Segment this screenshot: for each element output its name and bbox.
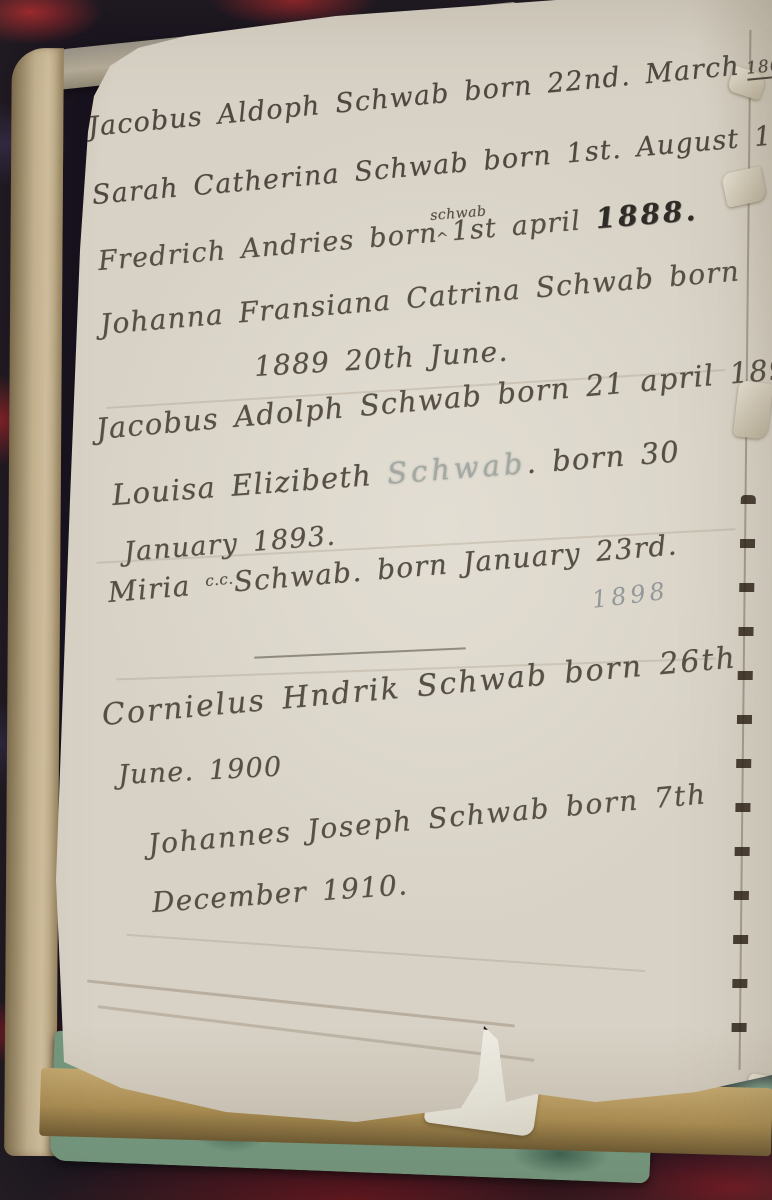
binding-stitch-holes [731, 495, 756, 1055]
book-spine-edge [4, 48, 64, 1156]
entry-1-text: Jacobus Aldoph Schwab born 22nd. March [87, 50, 742, 142]
entry-3-year: 1888. [594, 194, 699, 235]
entry-7-initials: c.c. [204, 569, 234, 589]
entry-6-text-before: Louisa Elizibeth [111, 458, 373, 512]
entry-3-insertion: schwab^ [438, 240, 452, 241]
entry-8-text: Cornielus Hndrik Schwab born 26th [100, 640, 738, 733]
entry-6-text-after: . born 30 [525, 434, 681, 480]
entry-9-date: December 1910. [151, 868, 409, 919]
register-entry-1: Jacobus Aldoph Schwab born 22nd. March18… [87, 45, 772, 142]
entry-1-year: 1865 [745, 54, 772, 80]
entry-3-caret-mark: ^ [435, 229, 450, 248]
entry-8-date: June. 1900 [117, 751, 283, 791]
page-crease [97, 1005, 534, 1062]
register-entry-4-line-2: 1889 20th June. [253, 334, 509, 382]
register-entry-8-line-2: June. 1900 [117, 751, 283, 791]
entry-4-date: 1889 20th June. [253, 334, 509, 382]
register-entry-9-line-1: Johannes Joseph Schwab born 7th [147, 777, 709, 861]
photo-of-book-page: c c Jacobus Aldoph Schwab born 22nd. Mar… [0, 0, 772, 1200]
entry-6-faded-surname: Schwab [386, 446, 528, 491]
entry-9-text: Johannes Joseph Schwab born 7th [147, 777, 709, 861]
entry-7-text-before: Miria [107, 569, 192, 609]
page-crease [87, 980, 515, 1028]
page-crease [127, 934, 646, 972]
register-entry-9-line-2: December 1910. [151, 868, 409, 919]
register-page: c c Jacobus Aldoph Schwab born 22nd. Mar… [36, 0, 772, 1165]
handdrawn-divider-line [254, 647, 466, 658]
entry-3-text-before: Fredrich Andries born [97, 218, 439, 277]
torn-page-stub [721, 166, 767, 208]
entry-7-pencil-year: 1898 [590, 577, 670, 614]
register-entry-6-line-1: Louisa Elizibeth Schwab. born 30 [111, 434, 681, 512]
register-entry-8-line-1: Cornielus Hndrik Schwab born 26th [100, 640, 738, 733]
